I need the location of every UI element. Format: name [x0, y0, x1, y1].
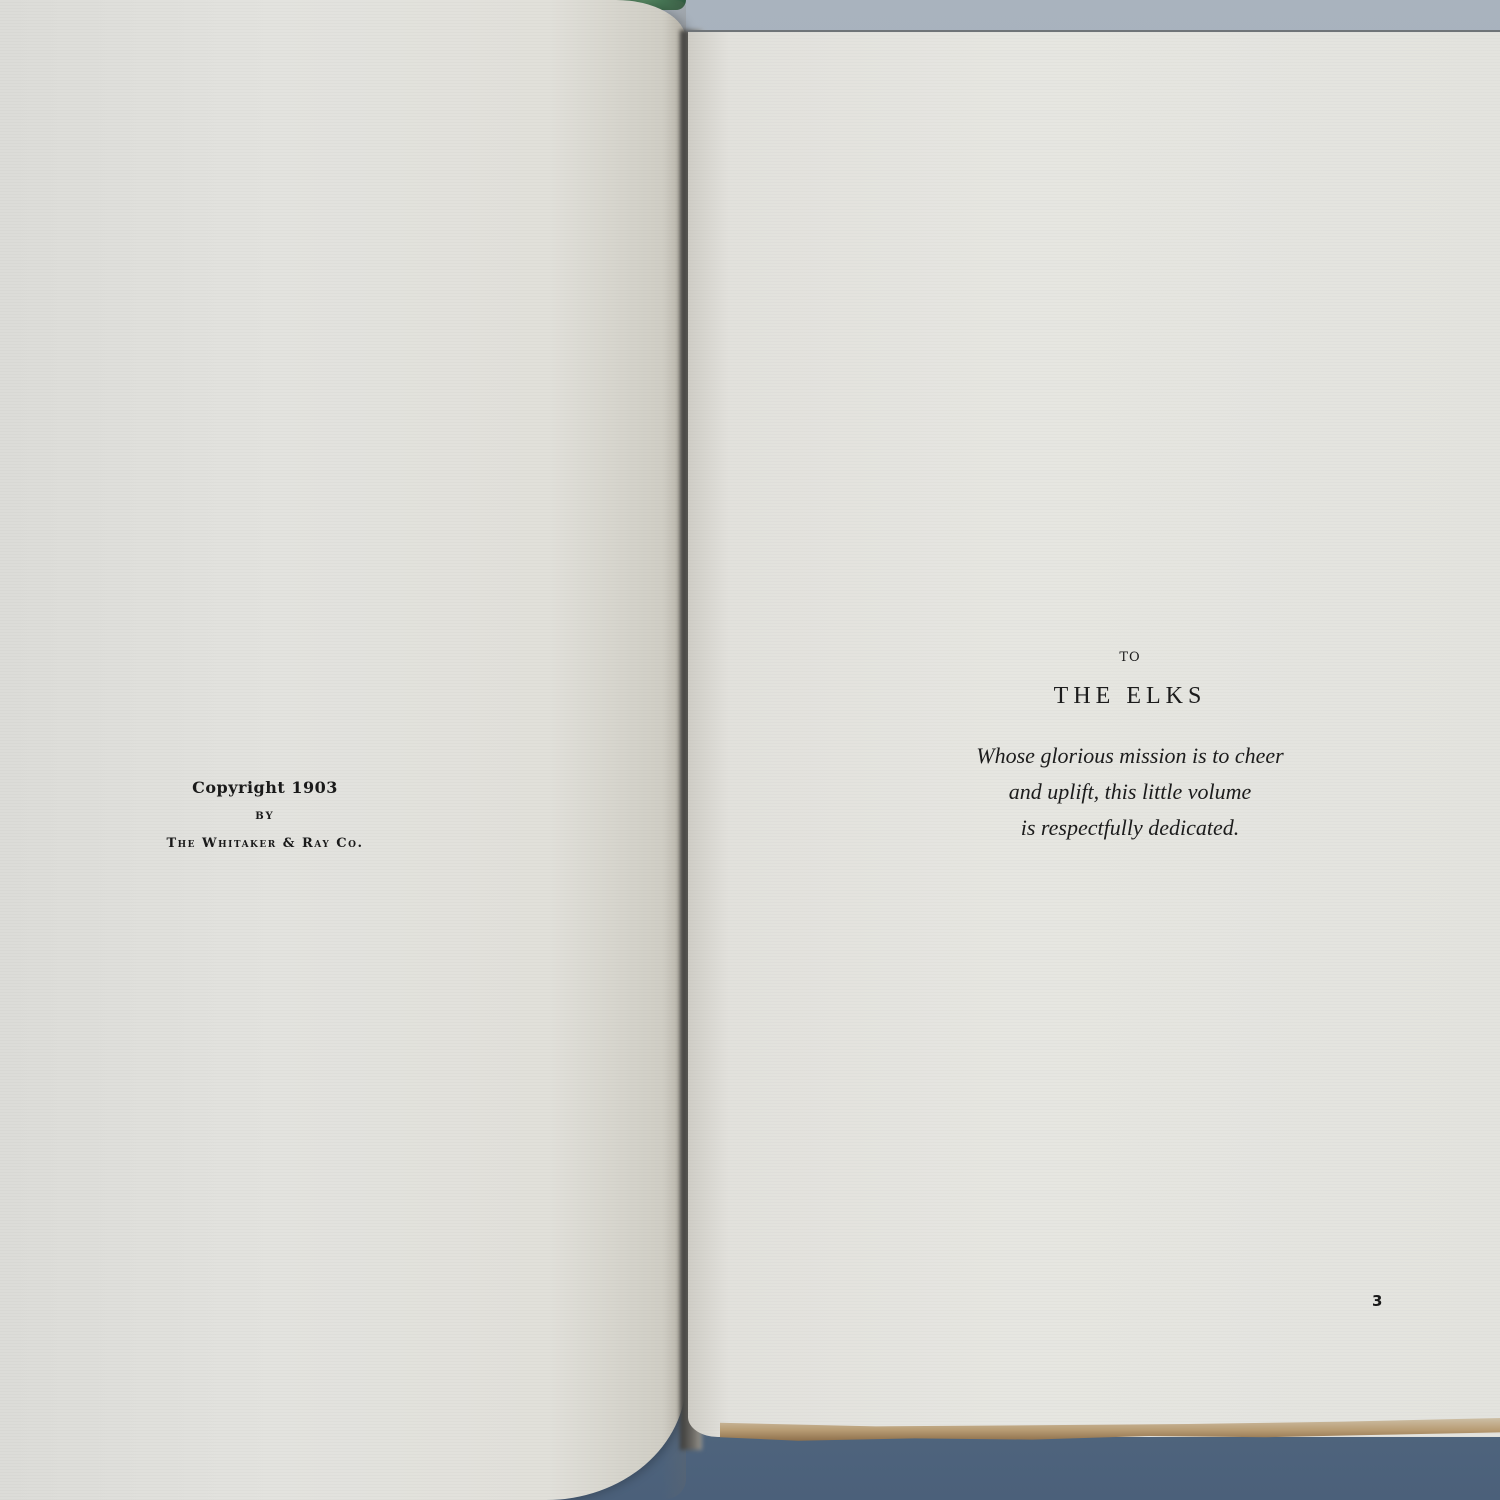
dedication-title: THE ELKS — [930, 683, 1330, 710]
copyright-block: Copyright 1903 BY The Whitaker & Ray Co. — [110, 778, 420, 851]
copyright-by: BY — [110, 811, 420, 822]
copyright-line: Copyright 1903 — [110, 778, 420, 797]
dedication-body: Whose glorious mission is to cheer and u… — [930, 738, 1330, 846]
dedication-to: TO — [930, 650, 1330, 665]
dedication-line: and uplift, this little volume — [930, 774, 1330, 810]
dedication-block: TO THE ELKS Whose glorious mission is to… — [930, 650, 1330, 846]
publisher-name: The Whitaker & Ray Co. — [110, 836, 420, 851]
book-spread: Copyright 1903 BY The Whitaker & Ray Co.… — [0, 0, 1500, 1500]
dedication-line: Whose glorious mission is to cheer — [930, 738, 1330, 774]
page-number: 3 — [1372, 1292, 1382, 1310]
dedication-line: is respectfully dedicated. — [930, 810, 1330, 846]
left-page: Copyright 1903 BY The Whitaker & Ray Co. — [0, 0, 686, 1500]
